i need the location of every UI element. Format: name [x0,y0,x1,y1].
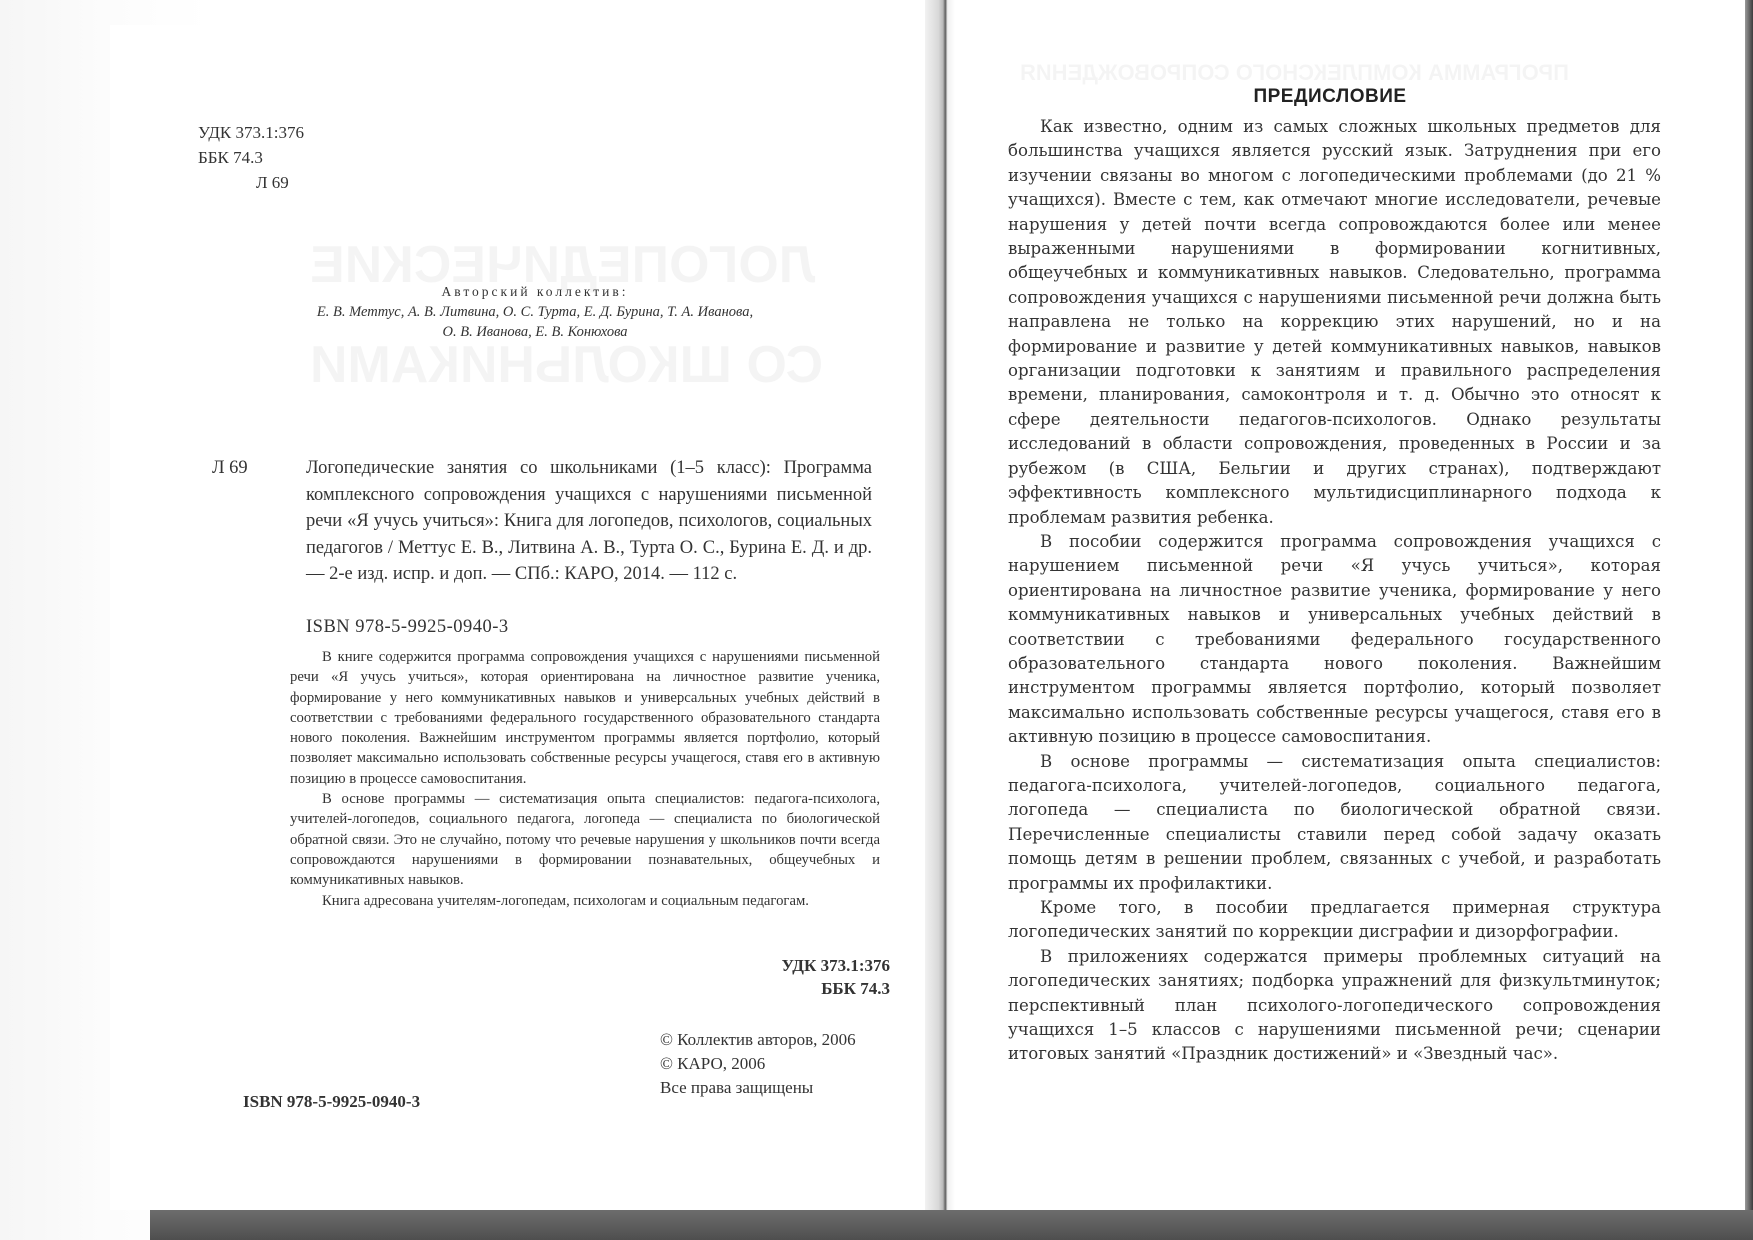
copyright-authors: © Коллектив авторов, 2006 [660,1028,856,1052]
authors-line-2: О. В. Иванова, Е. В. Конюхова [250,322,820,342]
copyright-publisher: © КАРО, 2006 [660,1052,856,1076]
authors-label: Авторский коллектив: [250,282,820,302]
bbk-code-bold: ББК 74.3 [700,977,890,1000]
authors-block: Авторский коллектив: Е. В. Меттус, А. В.… [250,282,820,342]
annotation-paragraph: Книга адресована учителям-логопедам, пси… [290,891,880,911]
book-gutter [925,0,955,1210]
classification-codes-bold: УДК 373.1:376 ББК 74.3 [700,954,890,1000]
authors-line-1: Е. В. Меттус, А. В. Литвина, О. С. Турта… [250,302,820,322]
show-through-header: ПРОГРАММА КОМПЛЕКСНОГО СОПРОВОЖДЕНИЯ [1020,60,1569,86]
copyright-block: © Коллектив авторов, 2006 © КАРО, 2006 В… [660,1028,856,1100]
page-edge [1745,0,1753,1240]
preface-paragraph: В пособии содержится программа сопровожд… [1008,530,1661,750]
preface-paragraph: Кроме того, в пособии предлагается приме… [1008,896,1661,945]
biblio-text: Логопедические занятия со школьниками (1… [306,455,872,588]
biblio-code: Л 69 [212,455,248,482]
show-through-subtitle: СО ШКОЛЬНИКАМИ [310,335,823,395]
scanner-edge [150,1210,1753,1240]
rights-reserved: Все права защищены [660,1076,856,1100]
annotation: В книге содержится программа сопровожден… [290,647,880,911]
isbn: ISBN 978-5-9925-0940-3 [306,617,509,638]
preface-paragraph: Как известно, одним из самых сложных шко… [1008,115,1661,530]
annotation-paragraph: В основе программы — систематизация опыт… [290,789,880,890]
classification-codes: УДК 373.1:376 ББК 74.3 Л 69 [198,120,304,195]
author-mark: Л 69 [198,170,304,195]
section-heading: ПРЕДИСЛОВИЕ [1000,86,1660,108]
bibliographic-record: Л 69 Логопедические занятия со школьника… [212,455,872,588]
isbn-bold: ISBN 978-5-9925-0940-3 [243,1092,420,1112]
bbk-code: ББК 74.3 [198,145,304,170]
preface-paragraph: В основе программы — систематизация опыт… [1008,750,1661,896]
preface-body: Как известно, одним из самых сложных шко… [1008,115,1661,1067]
preface-paragraph: В приложениях содержатся примеры проблем… [1008,945,1661,1067]
udk-code-bold: УДК 373.1:376 [700,954,890,977]
annotation-paragraph: В книге содержится программа сопровожден… [290,647,880,789]
udk-code: УДК 373.1:376 [198,120,304,145]
